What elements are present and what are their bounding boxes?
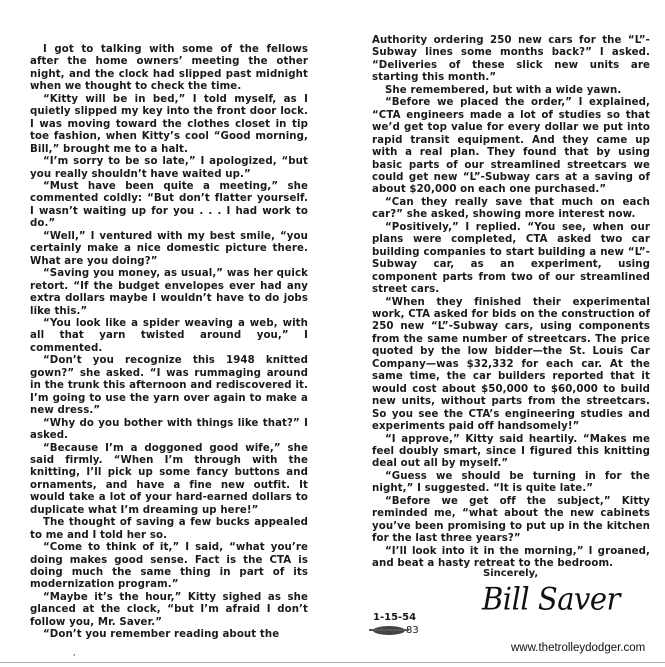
paragraph: “I approve,” Kitty said heartily. “Makes…: [372, 434, 650, 471]
paragraph: Authority ordering 250 new cars for the …: [372, 35, 650, 85]
stray-mark: ,: [73, 648, 76, 657]
paragraph: “I’ll look into it in the morning,” I gr…: [372, 546, 650, 571]
paragraph: The thought of saving a few bucks appeal…: [30, 517, 308, 542]
paragraph: “Don’t you recognize this 1948 knitted g…: [30, 355, 308, 417]
right-column: Authority ordering 250 new cars for the …: [372, 35, 650, 570]
paragraph: “Well,” I ventured with my best smile, “…: [30, 231, 308, 268]
paragraph: “Guess we should be turning in for the n…: [372, 471, 650, 496]
paragraph: “Because I’m a doggoned good wife,” she …: [30, 443, 308, 518]
paragraph: I got to talking with some of the fellow…: [30, 44, 308, 94]
paragraph: “I’m sorry to be so late,” I apologized,…: [30, 156, 308, 181]
paragraph: She remembered, but with a wide yawn.: [372, 85, 650, 97]
paragraph: “Come to think of it,” I said, “what you…: [30, 542, 308, 592]
issue-date: 1-15-54: [373, 612, 416, 623]
paragraph: “Can they really save that much on each …: [372, 197, 650, 222]
paragraph: “Must have been quite a meeting,” she co…: [30, 181, 308, 231]
left-column: I got to talking with some of the fellow…: [30, 44, 308, 642]
page-edge-rule: [0, 662, 665, 663]
paragraph: “Saving you money, as usual,” was her qu…: [30, 268, 308, 318]
paragraph: “When they finished their experimental w…: [372, 297, 650, 434]
paragraph: “Kitty will be in bed,” I told myself, a…: [30, 94, 308, 156]
paragraph: “Don’t you remember reading about the: [30, 629, 308, 641]
paragraph: “You look like a spider weaving a web, w…: [30, 318, 308, 355]
paragraph: “Maybe it’s the hour,” Kitty sighed as s…: [30, 592, 308, 629]
signature: Bill Saver: [482, 581, 620, 617]
union-bug: 83: [373, 625, 419, 636]
paragraph: “Why do you bother with things like that…: [30, 418, 308, 443]
paragraph: “Positively,” I replied. “You see, when …: [372, 222, 650, 297]
watermark-url: www.thetrolleydodger.com: [511, 642, 645, 654]
paragraph: “Before we placed the order,” I explaine…: [372, 97, 650, 197]
union-label-icon: [373, 626, 405, 635]
closing-salutation: Sincerely,: [483, 568, 538, 579]
paragraph: “Before we get off the subject,” Kitty r…: [372, 496, 650, 546]
